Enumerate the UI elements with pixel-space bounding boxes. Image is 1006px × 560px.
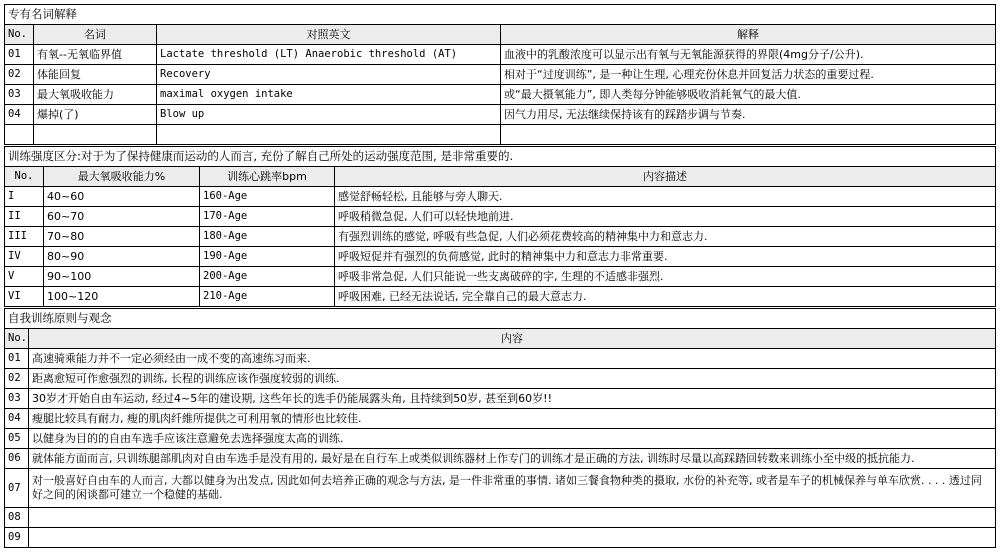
row-explanation: 血液中的乳酸浓度可以显示出有氧与无氧能源获得的界限(4mg分子/公升).	[501, 45, 996, 65]
row-desc: 呼吸稍微急促, 人们可以轻快地前进.	[335, 207, 996, 227]
table-row: 03 最大氧吸收能力 maximal oxygen intake 或“最大摄氧能…	[5, 85, 996, 105]
row-no: I	[5, 187, 44, 207]
row-english: maximal oxygen intake	[157, 85, 501, 105]
table-row: 08	[5, 508, 996, 528]
row-no	[5, 125, 34, 145]
header-content: 内容	[29, 329, 996, 349]
header-desc: 内容描述	[335, 167, 996, 187]
row-term: 最大氧吸收能力	[34, 85, 157, 105]
principles-title: 自我训练原则与观念	[5, 309, 996, 329]
row-explanation: 相对于“过度训练”, 是一种让生理, 心理充份休息并回复活力状态的重要过程.	[501, 65, 996, 85]
row-vo2: 70~80	[44, 227, 200, 247]
table-row: VI 100~120 210-Age 呼吸困难, 已经无法说话, 完全靠自己的最…	[5, 287, 996, 307]
row-no: 04	[5, 105, 34, 125]
principles-table: 自我训练原则与观念 No. 内容 01 高速骑乘能力并不一定必须经由一成不变的高…	[4, 308, 996, 548]
row-desc: 感觉舒畅轻松, 且能够与旁人聊天.	[335, 187, 996, 207]
row-hr: 170-Age	[200, 207, 335, 227]
row-content: 30岁才开始自由车运动, 经过4~5年的建设期, 这些年长的选手仍能展露头角, …	[29, 389, 996, 409]
table-row: IV 80~90 190-Age 呼吸短促并有强烈的负荷感觉, 此时的精神集中力…	[5, 247, 996, 267]
row-no: 01	[5, 349, 29, 369]
row-no: 03	[5, 85, 34, 105]
row-content	[29, 528, 996, 548]
row-vo2: 80~90	[44, 247, 200, 267]
table-row: 03 30岁才开始自由车运动, 经过4~5年的建设期, 这些年长的选手仍能展露头…	[5, 389, 996, 409]
table-row: 05 以健身为目的的自由车选手应该注意避免去选择强度太高的训练.	[5, 429, 996, 449]
row-vo2: 60~70	[44, 207, 200, 227]
row-hr: 190-Age	[200, 247, 335, 267]
table-row: III 70~80 180-Age 有强烈训练的感觉, 呼吸有些急促, 人们必须…	[5, 227, 996, 247]
row-no: 02	[5, 65, 34, 85]
row-no: III	[5, 227, 44, 247]
table-row: 01 有氧--无氧临界值 Lactate threshold (LT) Anae…	[5, 45, 996, 65]
intensity-title: 训练强度区分:对于为了保持健康而运动的人而言, 充份了解自己所处的运动强度范围,…	[5, 147, 996, 167]
row-content: 瘦腿比较具有耐力, 瘦的肌肉纤維所提供之可利用氧的情形也比较佳.	[29, 409, 996, 429]
header-no: No.	[5, 25, 34, 45]
row-no: 05	[5, 429, 29, 449]
row-no: 09	[5, 528, 29, 548]
header-explanation: 解释	[501, 25, 996, 45]
intensity-title-row: 训练强度区分:对于为了保持健康而运动的人而言, 充份了解自己所处的运动强度范围,…	[5, 147, 996, 167]
row-no: 06	[5, 449, 29, 469]
row-no: 03	[5, 389, 29, 409]
table-row: 04 瘦腿比较具有耐力, 瘦的肌肉纤維所提供之可利用氧的情形也比较佳.	[5, 409, 996, 429]
table-row: 02 体能回复 Recovery 相对于“过度训练”, 是一种让生理, 心理充份…	[5, 65, 996, 85]
table-row: 01 高速骑乘能力并不一定必须经由一成不变的高速练习而来.	[5, 349, 996, 369]
principles-title-row: 自我训练原则与观念	[5, 309, 996, 329]
principles-header-row: No. 内容	[5, 329, 996, 349]
row-term: 有氧--无氧临界值	[34, 45, 157, 65]
intensity-header-row: No. 最大氧吸收能力% 训练心跳率bpm 内容描述	[5, 167, 996, 187]
row-desc: 呼吸困难, 已经无法说话, 完全靠自己的最大意志力.	[335, 287, 996, 307]
row-content: 对一般喜好自由车的人而言, 大都以健身为出发点, 因此如何去培养正确的观念与方法…	[29, 469, 996, 508]
row-english: Blow up	[157, 105, 501, 125]
row-content: 距离愈短可作愈强烈的训练, 长程的训练应该作强度较弱的训练.	[29, 369, 996, 389]
header-no: No.	[5, 167, 44, 187]
row-no: VI	[5, 287, 44, 307]
header-hr: 训练心跳率bpm	[200, 167, 335, 187]
row-no: II	[5, 207, 44, 227]
row-english: Lactate threshold (LT) Anaerobic thresho…	[157, 45, 501, 65]
row-vo2: 40~60	[44, 187, 200, 207]
table-row: I 40~60 160-Age 感觉舒畅轻松, 且能够与旁人聊天.	[5, 187, 996, 207]
header-english: 对照英文	[157, 25, 501, 45]
row-explanation	[501, 125, 996, 145]
row-term	[34, 125, 157, 145]
glossary-title-row: 专有名词解释	[5, 5, 996, 25]
table-row: 02 距离愈短可作愈强烈的训练, 长程的训练应该作强度较弱的训练.	[5, 369, 996, 389]
row-explanation: 因气力用尽, 无法继续保持该有的踩踏步调与节奏.	[501, 105, 996, 125]
row-no: IV	[5, 247, 44, 267]
row-content: 以健身为目的的自由车选手应该注意避免去选择强度太高的训练.	[29, 429, 996, 449]
header-no: No.	[5, 329, 29, 349]
row-term: 爆掉(了)	[34, 105, 157, 125]
table-row: 09	[5, 528, 996, 548]
row-desc: 呼吸短促并有强烈的负荷感觉, 此时的精神集中力和意志力非常重要.	[335, 247, 996, 267]
row-content	[29, 508, 996, 528]
row-no: V	[5, 267, 44, 287]
row-english	[157, 125, 501, 145]
row-desc: 有强烈训练的感觉, 呼吸有些急促, 人们必须花费较高的精神集中力和意志力.	[335, 227, 996, 247]
row-english: Recovery	[157, 65, 501, 85]
row-desc: 呼吸非常急促, 人们只能说一些支离破碎的字, 生理的不适感非强烈.	[335, 267, 996, 287]
table-row: 04 爆掉(了) Blow up 因气力用尽, 无法继续保持该有的踩踏步调与节奏…	[5, 105, 996, 125]
row-term: 体能回复	[34, 65, 157, 85]
header-term: 名词	[34, 25, 157, 45]
row-no: 02	[5, 369, 29, 389]
row-hr: 160-Age	[200, 187, 335, 207]
glossary-table: 专有名词解释 No. 名词 对照英文 解释 01 有氧--无氧临界值 Lacta…	[4, 4, 996, 145]
table-row-empty	[5, 125, 996, 145]
glossary-header-row: No. 名词 对照英文 解释	[5, 25, 996, 45]
row-hr: 210-Age	[200, 287, 335, 307]
row-no: 04	[5, 409, 29, 429]
row-no: 07	[5, 469, 29, 508]
table-row: V 90~100 200-Age 呼吸非常急促, 人们只能说一些支离破碎的字, …	[5, 267, 996, 287]
row-content: 就体能方面而言, 只训练腿部肌肉对自由车选手是没有用的, 最好是在自行车上或类似…	[29, 449, 996, 469]
glossary-title: 专有名词解释	[5, 5, 996, 25]
row-hr: 200-Age	[200, 267, 335, 287]
header-vo2: 最大氧吸收能力%	[44, 167, 200, 187]
row-hr: 180-Age	[200, 227, 335, 247]
row-content: 高速骑乘能力并不一定必须经由一成不变的高速练习而来.	[29, 349, 996, 369]
row-vo2: 90~100	[44, 267, 200, 287]
row-no: 08	[5, 508, 29, 528]
row-vo2: 100~120	[44, 287, 200, 307]
row-explanation: 或“最大摄氧能力”, 即人类每分钟能够吸收消耗氧气的最大值.	[501, 85, 996, 105]
table-row: 07 对一般喜好自由车的人而言, 大都以健身为出发点, 因此如何去培养正确的观念…	[5, 469, 996, 508]
intensity-table: 训练强度区分:对于为了保持健康而运动的人而言, 充份了解自己所处的运动强度范围,…	[4, 146, 996, 307]
row-no: 01	[5, 45, 34, 65]
table-row: 06 就体能方面而言, 只训练腿部肌肉对自由车选手是没有用的, 最好是在自行车上…	[5, 449, 996, 469]
table-row: II 60~70 170-Age 呼吸稍微急促, 人们可以轻快地前进.	[5, 207, 996, 227]
